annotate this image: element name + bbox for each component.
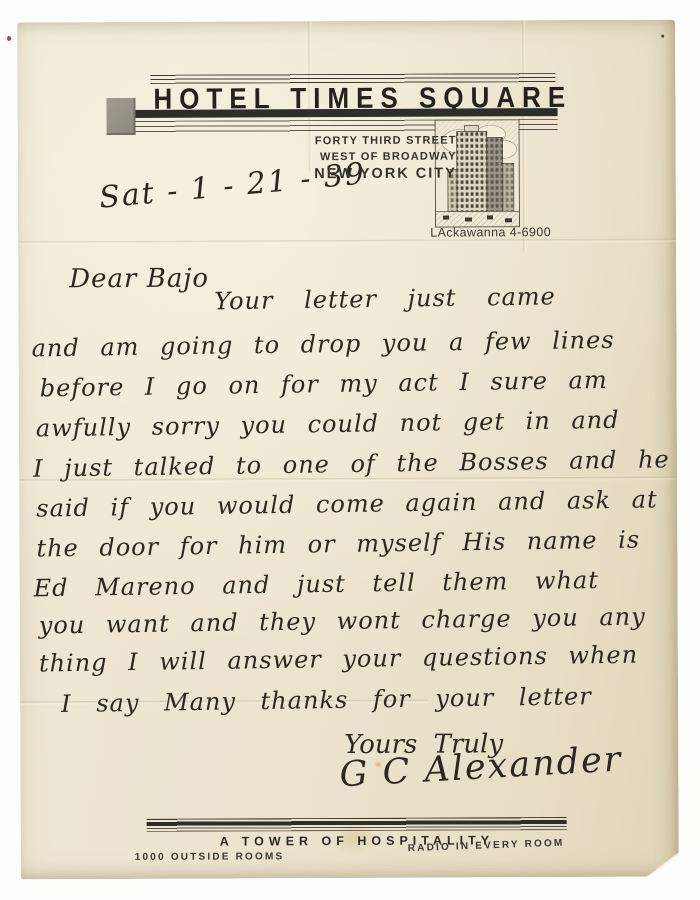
body-line: thing I will answer your questions when (39, 641, 639, 678)
banner-underline-band (116, 108, 558, 118)
body-line: the door for him or myself His name is (36, 526, 640, 563)
scanned-letter-photo: { "letterhead": { "hotel_name": "HOTEL T… (0, 0, 700, 900)
body-line: I say Many thanks for your letter (61, 682, 592, 718)
banner-deco-square (106, 98, 135, 135)
body-line: Your letter just came (214, 282, 556, 315)
ink-speck (661, 35, 664, 38)
address-line-city: NEW YORK CITY (314, 166, 457, 183)
body-line: you want and they wont charge you any (39, 603, 646, 640)
body-line: awfully sorry you could not get in and (36, 406, 620, 443)
folded-corner (645, 853, 679, 877)
body-line: I just talked to one of the Bosses and h… (33, 445, 670, 482)
body-line: said if you would come again and ask at (36, 485, 658, 522)
footer-rules (147, 817, 567, 832)
fold-crease (18, 239, 676, 246)
address-line-broadway: WEST OF BROADWAY (320, 151, 457, 164)
body-line: Ed Mareno and just tell them what (33, 566, 599, 602)
fold-crease (522, 20, 527, 252)
letter-paper: HOTEL TIMES SQUARE FORTY THIRD STREET WE… (17, 20, 679, 880)
body-line: before I go on for my act I sure am (40, 366, 608, 402)
salutation: Dear Bajo (69, 264, 209, 295)
address-line-street: FORTY THIRD STREET (315, 135, 457, 148)
red-fiber-speck (7, 36, 11, 41)
body-line: and am going to drop you a few lines (31, 326, 614, 363)
footer-note-rooms: 1000 OUTSIDE ROOMS (135, 851, 285, 863)
